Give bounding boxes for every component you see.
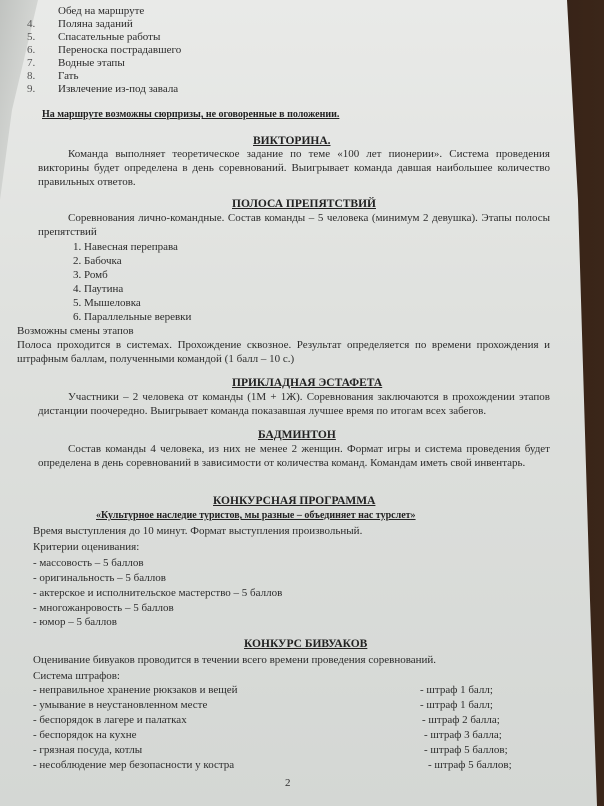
stage-item: 6. Параллельные веревки xyxy=(73,310,191,324)
penalty-value: - штраф 5 баллов; xyxy=(424,743,508,757)
penalty-value: - штраф 2 балла; xyxy=(422,713,500,727)
stage-item: 3. Ромб xyxy=(73,268,108,282)
contest-time: Время выступления до 10 минут. Формат вы… xyxy=(33,524,362,538)
criteria-item: - юмор – 5 баллов xyxy=(33,615,117,629)
section-text: Команда выполняет теоретическое задание … xyxy=(38,147,550,189)
page-number: 2 xyxy=(285,776,291,790)
criteria-item: - массовость – 5 баллов xyxy=(33,556,144,570)
stage-item: 5. Мышеловка xyxy=(73,296,141,310)
criteria-item: - оригинальность – 5 баллов xyxy=(33,571,166,585)
list-number: 9. xyxy=(27,82,35,96)
penalty-item: - несоблюдение мер безопасности у костра xyxy=(33,758,234,772)
penalty-item: - умывание в неустановленном месте xyxy=(33,698,207,712)
list-item: Обед на маршруте xyxy=(58,4,144,18)
section-title: БАДМИНТОН xyxy=(258,428,336,442)
document-page: Обед на маршруте 4. Поляна заданий 5. Сп… xyxy=(0,0,560,806)
penalty-value: - штраф 5 баллов; xyxy=(428,758,512,772)
penalty-label: Система штрафов: xyxy=(33,669,120,683)
list-item: Поляна заданий xyxy=(58,17,133,31)
list-item: Извлечение из-под завала xyxy=(58,82,178,96)
section-text: Участники – 2 человека от команды (1М + … xyxy=(38,390,550,418)
penalty-value: - штраф 1 балл; xyxy=(420,683,493,697)
bivouac-intro: Оценивание бивуаков проводится в течении… xyxy=(33,653,436,667)
list-number: 6. xyxy=(27,43,35,57)
list-item: Спасательные работы xyxy=(58,30,160,44)
list-number: 8. xyxy=(27,69,35,83)
penalty-value: - штраф 1 балл; xyxy=(420,698,493,712)
list-item: Переноска пострадавшего xyxy=(58,43,181,57)
criteria-item: - актерское и исполнительское мастерство… xyxy=(33,586,282,600)
list-item: Водные этапы xyxy=(58,56,125,70)
list-number: 7. xyxy=(27,56,35,70)
penalty-item: - неправильное хранение рюкзаков и вещей xyxy=(33,683,238,697)
route-note: На маршруте возможны сюрпризы, не оговор… xyxy=(42,108,339,122)
list-number: 4. xyxy=(27,17,35,31)
stage-item: 1. Навесная переправа xyxy=(73,240,178,254)
list-number: 5. xyxy=(27,30,35,44)
section-text: Полоса проходится в системах. Прохождени… xyxy=(17,338,550,366)
stage-item: 4. Паутина xyxy=(73,282,123,296)
section-title: КОНКУРС БИВУАКОВ xyxy=(244,637,367,651)
section-title: ПОЛОСА ПРЕПЯТСТВИЙ xyxy=(232,197,376,211)
section-intro: Соревнования лично-командные. Состав ком… xyxy=(38,211,550,239)
section-title: ВИКТОРИНА. xyxy=(253,134,331,148)
section-text: Состав команды 4 человека, из них не мен… xyxy=(38,442,550,470)
section-subtitle: «Культурное наследие туристов, мы разные… xyxy=(96,509,416,523)
penalty-item: - беспорядок на кухне xyxy=(33,728,137,742)
criteria-item: - многожанровость – 5 баллов xyxy=(33,601,174,615)
penalty-item: - грязная посуда, котлы xyxy=(33,743,142,757)
stage-note: Возможны смены этапов xyxy=(17,324,134,338)
list-item: Гать xyxy=(58,69,79,83)
penalty-value: - штраф 3 балла; xyxy=(424,728,502,742)
penalty-item: - беспорядок в лагере и палатках xyxy=(33,713,187,727)
section-title: ПРИКЛАДНАЯ ЭСТАФЕТА xyxy=(232,376,382,390)
criteria-label: Критерии оценивания: xyxy=(33,540,139,554)
stage-item: 2. Бабочка xyxy=(73,254,122,268)
section-title: КОНКУРСНАЯ ПРОГРАММА xyxy=(213,494,375,508)
